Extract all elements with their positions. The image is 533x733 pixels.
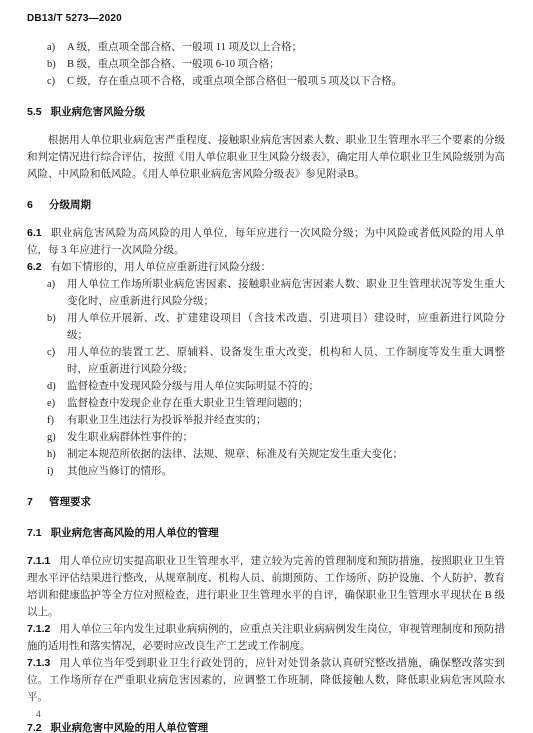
heading-5-5-number: 5.5	[27, 104, 42, 121]
document-page: DB13/T 5273—2020 a)A 级，重点项全部合格、一般项 11 项及…	[0, 0, 533, 733]
relevel-list-item-h: h)制定本规范所依据的法律、法规、规章、标准及有关规定发生重大变化；	[47, 446, 505, 463]
heading-6: 6分级周期	[27, 197, 505, 214]
relevel-list-item-c-label: c)	[47, 344, 67, 378]
clause-6-2-text: 有如下情形的，用人单位应重新进行风险分级：	[51, 262, 272, 273]
relevel-list-item-g-label: g)	[47, 429, 67, 446]
relevel-list-item-f: f)有职业卫生违法行为投诉举报并经查实的；	[47, 412, 505, 429]
relevel-list-item-h-text: 制定本规范所依据的法律、法规、规章、标准及有关规定发生重大变化；	[67, 446, 505, 463]
heading-7-1-title: 职业病危害高风险的用人单位的管理	[51, 527, 219, 539]
clause-7-1-2-number: 7.1.2	[27, 621, 50, 638]
relevel-list-item-g-text: 发生职业病群体性事件的；	[67, 429, 505, 446]
clause-7-1-2-text: 用人单位三年内发生过职业病病例的，应重点关注职业病病例发生岗位，审视管理制度和预…	[27, 624, 505, 652]
heading-7-2: 7.2职业病危害中风险的用人单位管理	[27, 720, 505, 733]
para-5-5: 根据用人单位职业病危害严重程度、接触职业病危害因素人数、职业卫生管理水平三个要素…	[27, 132, 505, 183]
heading-7-title: 管理要求	[49, 496, 91, 508]
relevel-list-item-b-label: b)	[47, 310, 67, 344]
clause-7-1-3-number: 7.1.3	[27, 655, 50, 672]
clause-6-1: 6.1职业病危害风险为高风险的用人单位，每年应进行一次风险分级；为中风险或者低风…	[27, 225, 505, 259]
clause-7-1-2: 7.1.2用人单位三年内发生过职业病病例的，应重点关注职业病病例发生岗位，审视管…	[27, 621, 505, 655]
grade-list-item-b: b)B 级，重点项全部合格、一般项 6-10 项合格；	[47, 56, 505, 73]
relevel-list-item-a-text: 用人单位工作场所职业病危害因素、接触职业病危害因素人数、职业卫生管理状况等发生重…	[67, 276, 505, 310]
relevel-list-item-e-label: e)	[47, 395, 67, 412]
relevel-list-item-b: b)用人单位开展新、改、扩建建设项目（含技术改造、引进项目）建设时，应重新进行风…	[47, 310, 505, 344]
heading-7-2-title: 职业病危害中风险的用人单位管理	[51, 722, 209, 733]
grade-list-item-c-text: C 级，存在重点项不合格，或重点项全部合格但一般项 5 项及以下合格。	[67, 73, 505, 90]
clause-7-1-1-number: 7.1.1	[27, 553, 50, 570]
heading-6-number: 6	[27, 197, 40, 214]
clause-6-2-number: 6.2	[27, 259, 42, 276]
document-body: a)A 级，重点项全部合格、一般项 11 项及以上合格；b)B 级，重点项全部合…	[27, 39, 505, 733]
clause-6-1-number: 6.1	[27, 225, 42, 242]
relevel-list-item-f-text: 有职业卫生违法行为投诉举报并经查实的；	[67, 412, 505, 429]
grade-list-item-a-label: a)	[47, 39, 67, 56]
heading-6-title: 分级周期	[49, 199, 91, 211]
relevel-list-item-d-label: d)	[47, 378, 67, 395]
relevel-list-item-h-label: h)	[47, 446, 67, 463]
clause-7-1-1: 7.1.1用人单位应切实提高职业卫生管理水平，建立较为完善的管理制度和预防措施，…	[27, 553, 505, 621]
relevel-list-item-g: g)发生职业病群体性事件的；	[47, 429, 505, 446]
grade-list-item-c: c)C 级，存在重点项不合格，或重点项全部合格但一般项 5 项及以下合格。	[47, 73, 505, 90]
relevel-list-item-a: a)用人单位工作场所职业病危害因素、接触职业病危害因素人数、职业卫生管理状况等发…	[47, 276, 505, 310]
relevel-list-item-c: c)用人单位的装置工艺、原辅料、设备发生重大改变，机构和人员、工作制度等发生重大…	[47, 344, 505, 378]
relevel-list-item-c-text: 用人单位的装置工艺、原辅料、设备发生重大改变，机构和人员、工作制度等发生重大调整…	[67, 344, 505, 378]
relevel-list-item-e-text: 监督检查中发现企业存在重大职业卫生管理问题的；	[67, 395, 505, 412]
heading-7: 7管理要求	[27, 494, 505, 511]
grade-list-item-b-label: b)	[47, 56, 67, 73]
heading-7-1: 7.1职业病危害高风险的用人单位的管理	[27, 525, 505, 542]
relevel-list-item-d: d)监督检查中发现风险分级与用人单位实际明显不符的；	[47, 378, 505, 395]
heading-7-2-number: 7.2	[27, 720, 42, 733]
relevel-list-item-e: e)监督检查中发现企业存在重大职业卫生管理问题的；	[47, 395, 505, 412]
heading-7-number: 7	[27, 494, 40, 511]
clause-6-2: 6.2有如下情形的，用人单位应重新进行风险分级：	[27, 259, 505, 276]
grade-list-item-c-label: c)	[47, 73, 67, 90]
relevel-list-item-i: i)其他应当修订的情形。	[47, 463, 505, 480]
clause-7-1-3-text: 用人单位当年受到职业卫生行政处罚的，应针对处罚条款认真研究整改措施，确保整改落实…	[27, 658, 505, 703]
heading-5-5: 5.5职业病危害风险分级	[27, 104, 505, 121]
grade-list-item-a-text: A 级，重点项全部合格、一般项 11 项及以上合格；	[67, 39, 505, 56]
relevel-list-item-d-text: 监督检查中发现风险分级与用人单位实际明显不符的；	[67, 378, 505, 395]
relevel-list-item-f-label: f)	[47, 412, 67, 429]
relevel-list-item-i-label: i)	[47, 463, 67, 480]
grade-list-item-b-text: B 级，重点项全部合格、一般项 6-10 项合格；	[67, 56, 505, 73]
relevel-list-item-b-text: 用人单位开展新、改、扩建建设项目（含技术改造、引进项目）建设时，应重新进行风险分…	[67, 310, 505, 344]
clause-6-1-text: 职业病危害风险为高风险的用人单位，每年应进行一次风险分级；为中风险或者低风险的用…	[27, 228, 505, 256]
clause-7-1-3: 7.1.3用人单位当年受到职业卫生行政处罚的，应针对处罚条款认真研究整改措施，确…	[27, 655, 505, 706]
standard-number: DB13/T 5273—2020	[27, 13, 505, 24]
relevel-list-item-i-text: 其他应当修订的情形。	[67, 463, 505, 480]
relevel-list-item-a-label: a)	[47, 276, 67, 310]
clause-7-1-1-text: 用人单位应切实提高职业卫生管理水平，建立较为完善的管理制度和预防措施，按照职业卫…	[27, 556, 505, 618]
grade-list-item-a: a)A 级，重点项全部合格、一般项 11 项及以上合格；	[47, 39, 505, 56]
page-number: 4	[36, 710, 41, 720]
heading-5-5-title: 职业病危害风险分级	[51, 106, 146, 118]
heading-7-1-number: 7.1	[27, 525, 42, 542]
